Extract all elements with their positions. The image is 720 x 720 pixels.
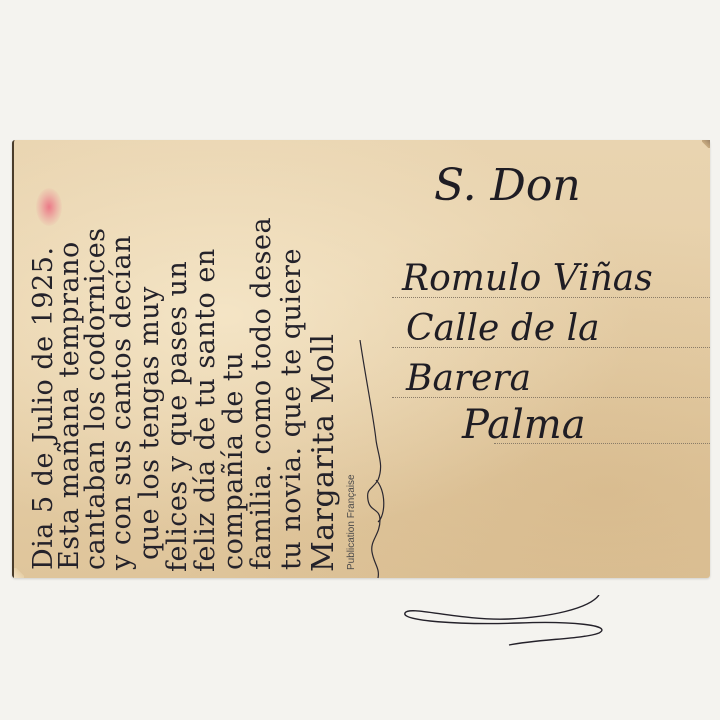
salutation: S. Don: [434, 160, 581, 211]
ink-stain: [36, 188, 62, 226]
worn-corner: [702, 140, 710, 148]
divider-flourish: [356, 340, 396, 580]
message-line: compañía de tu: [218, 352, 249, 570]
message-line: que los tengas muy: [134, 286, 165, 560]
message-line: y con sus cantos decían: [106, 235, 137, 570]
street-line-2: Barera: [406, 358, 531, 399]
message-line: feliz día de tu santo en: [190, 248, 221, 572]
recipient-name: Romulo Viñas: [402, 258, 653, 299]
message-line: tu novia. que te quiere: [276, 248, 307, 570]
postcard: Dia 5 de Julio de 1925. Esta mañana temp…: [12, 140, 710, 578]
city: Palma: [462, 402, 586, 448]
worn-corner: [14, 568, 24, 578]
message-line: familia. como todo desea: [246, 217, 277, 570]
signature: Margarita Moll: [306, 334, 341, 572]
message-line: felices y que pases un: [162, 261, 193, 572]
underline-flourish: [399, 595, 619, 655]
street-line-1: Calle de la: [406, 308, 600, 349]
